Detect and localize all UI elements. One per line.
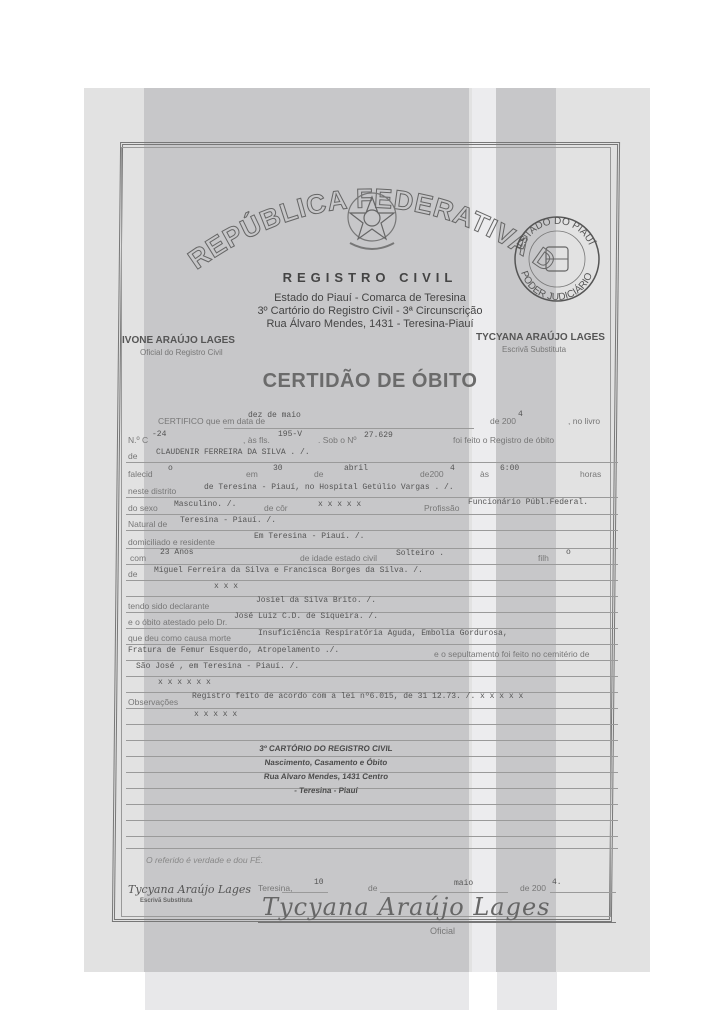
domicilio-value: Em Teresina - Piauí. /. — [254, 532, 364, 541]
sepultamento-label: e o sepultamento foi feito no cemitério … — [434, 649, 589, 659]
closing-day-value: 10 — [314, 878, 324, 887]
field-underline — [126, 644, 618, 645]
livro-num-label: N.º C — [128, 435, 148, 445]
causa-value-1: Insuficiência Respiratória Aguda, Emboli… — [258, 629, 508, 638]
substitute-role-stamp: Escrivã Substituta — [140, 898, 192, 904]
fls-label: , às fls. — [243, 435, 270, 445]
field-underline — [126, 462, 618, 463]
oficial-label: Oficial — [430, 926, 455, 936]
falecido-suffix: o — [168, 464, 173, 473]
profissao-label: Profissão — [424, 503, 459, 513]
closing-de-label: de — [368, 883, 377, 893]
field-row-livro: N.º C -24 , às fls. 195-V . Sob o Nº 27.… — [128, 432, 618, 448]
de200-label: de200 — [420, 469, 444, 479]
field-underline — [126, 530, 618, 531]
falecido-label: falecid — [128, 469, 153, 479]
header-line: Rua Álvaro Mendes, 1431 - Teresina-Piauí — [200, 318, 540, 330]
dia-obito-value: 30 — [273, 464, 283, 473]
estado-civil-label: de idade estado civil — [300, 553, 377, 563]
horas-label: horas — [580, 469, 601, 479]
fill-x-marks: x x x x x x — [158, 678, 211, 687]
header-line: Estado do Piauí - Comarca de Teresina — [200, 292, 540, 304]
distrito-label: neste distrito — [128, 486, 176, 496]
ano-registro-value: 4 — [518, 410, 523, 419]
filho-suffix: o — [566, 548, 571, 557]
field-underline — [126, 848, 618, 849]
atestado-label: e o óbito atestado pelo Dr. — [128, 617, 227, 627]
signature-line — [258, 922, 616, 923]
natural-value: Teresina - Piauí. /. — [180, 516, 276, 525]
de-label: de — [128, 451, 137, 461]
svg-text:ESTADO DO PIAUÍ: ESTADO DO PIAUÍ — [515, 216, 598, 251]
officer-right-name: TYCYANA ARAÚJO LAGES — [476, 332, 605, 343]
declarante-value: Josiel da Silva Brito. /. — [256, 596, 376, 605]
fill-x-marks: x x x x x — [194, 710, 237, 719]
em-label: em — [246, 469, 258, 479]
header-line: 3º Cartório do Registro Civil - 3ª Circu… — [200, 305, 540, 317]
registry-stamp-line: 3º CARTÓRIO DO REGISTRO CIVIL — [236, 744, 417, 753]
field-underline — [224, 428, 474, 429]
field-underline — [126, 514, 618, 515]
causa-value-2: Fratura de Femur Esquerdo, Atropelamento… — [128, 646, 339, 655]
registro-num-value: 27.629 — [364, 431, 393, 440]
field-underline — [126, 724, 618, 725]
attestation-text: O referido é verdade e dou FÉ. — [146, 855, 263, 865]
hora-obito-value: 6:00 — [500, 464, 519, 473]
de-label: de — [314, 469, 323, 479]
cemiterio-value: São José , em Teresina - Piauí. /. — [136, 662, 299, 671]
closing-year-value: 4. — [552, 878, 562, 887]
scan-stripe-below — [145, 972, 469, 1010]
distrito-value: de Teresina - Piauí, no Hospital Getúlio… — [204, 483, 454, 492]
coat-of-arms-icon — [336, 185, 408, 257]
ano-obito-value: 4 — [450, 464, 455, 473]
medico-value: José Luiz C.D. de Siqueira. /. — [234, 612, 378, 621]
registry-stamp-line: - Teresina - Piauí — [236, 786, 417, 795]
field-underline — [126, 740, 618, 741]
estado-civil-value: Solteiro . — [396, 549, 444, 558]
fill-x-marks: x x x — [214, 582, 238, 591]
cor-label: de côr — [264, 503, 288, 513]
observacoes-value: Registro feito de acordo com a lei nº6.0… — [192, 692, 523, 701]
livro-label: , no livro — [568, 416, 600, 426]
fls-value: 195-V — [278, 430, 302, 439]
observacoes-label: Observações — [128, 697, 178, 707]
data-registro-value: dez de maio — [248, 411, 301, 420]
field-underline — [126, 820, 618, 821]
registry-heading: REGISTRO CIVIL — [200, 270, 540, 285]
com-label: com — [130, 553, 146, 563]
registry-stamp-line: Rua Alvaro Mendes, 1431 Centro — [236, 772, 417, 781]
domicilio-label: domiciliado e residente — [128, 537, 215, 547]
feito-label: foi feito o Registro de óbito — [453, 435, 554, 445]
livro-num-value: -24 — [152, 430, 166, 439]
field-underline — [126, 836, 618, 837]
official-signature: Tycyana Araújo Lages — [262, 893, 551, 921]
officer-left-role: Oficial do Registro Civil — [140, 348, 223, 357]
officer-left-name: IVONE ARAÚJO LAGES — [122, 335, 235, 346]
natural-label: Natural de — [128, 519, 167, 529]
field-underline — [126, 804, 618, 805]
field-row-falecimento: falecid o em 30 de abril de200 4 às 6:00… — [128, 466, 618, 482]
field-underline — [126, 548, 618, 549]
declarante-label: tendo sido declarante — [128, 601, 209, 611]
cor-value: x x x x x — [318, 500, 361, 509]
filho-label: filh — [538, 553, 549, 563]
scan-stripe-below — [497, 972, 557, 1010]
substitute-signature-stamp: Tycyana Araújo Lages — [128, 883, 251, 896]
ano-label: de 200 — [490, 416, 516, 426]
sob-label: . Sob o Nº — [318, 435, 357, 445]
document-title: CERTIDÃO DE ÓBITO — [200, 370, 540, 393]
field-underline — [126, 708, 618, 709]
registry-stamp-line: Nascimento, Casamento e Óbito — [236, 758, 417, 767]
field-underline — [126, 756, 618, 757]
closing-month-value: maio — [454, 879, 473, 888]
field-underline — [126, 676, 618, 677]
closing-year-label: de 200 — [520, 883, 546, 893]
sexo-value: Masculino. /. — [174, 500, 236, 509]
officer-right-role: Escrivã Substituta — [502, 345, 566, 354]
pais-value: Miguel Ferreira da Silva e Francisca Bor… — [154, 566, 423, 575]
field-row-certifico: CERTIFICO que em data de dez de maio de … — [128, 413, 618, 429]
field-underline — [550, 892, 616, 893]
idade-value: 23 Anos — [160, 548, 194, 557]
pais-label: de — [128, 569, 137, 579]
field-underline — [126, 660, 618, 661]
field-underline — [126, 580, 618, 581]
causa-label: que deu como causa morte — [128, 633, 231, 643]
profissao-value: Funcionário Públ.Federal. — [468, 498, 588, 507]
as-label: às — [480, 469, 489, 479]
nome-value: CLAUDENIR FERREIRA DA SILVA . /. — [156, 448, 310, 457]
mes-obito-value: abril — [344, 464, 368, 473]
field-underline — [126, 564, 618, 565]
sexo-label: do sexo — [128, 503, 158, 513]
